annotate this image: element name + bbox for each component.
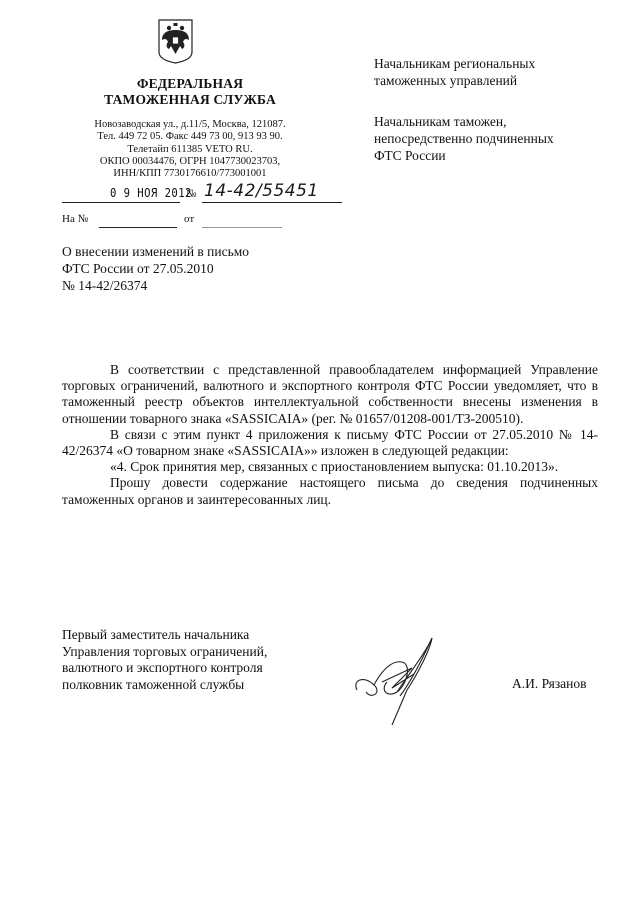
reply-from-label: от — [184, 213, 194, 225]
body-paragraph: Прошу довести содержание настоящего пись… — [62, 475, 598, 507]
signer-title-line: Первый заместитель начальника — [62, 627, 322, 644]
organization-contacts: Новозаводская ул., д.11/5, Москва, 12108… — [60, 119, 320, 180]
org-name-line2: ТАМОЖЕННАЯ СЛУЖБА — [60, 92, 320, 108]
body-paragraph: В связи с этим пункт 4 приложения к пись… — [62, 427, 598, 459]
reply-to-label: На № — [62, 213, 88, 225]
body-paragraph-quote: «4. Срок принятия мер, связанных с приос… — [62, 459, 598, 475]
letter-subject: О внесении изменений в письмо ФТС России… — [62, 243, 322, 294]
phone-fax-line: Тел. 449 72 05. Факс 449 73 00, 913 93 9… — [60, 131, 320, 143]
org-name-line1: ФЕДЕРАЛЬНАЯ — [60, 76, 320, 92]
organization-name: ФЕДЕРАЛЬНАЯ ТАМОЖЕННАЯ СЛУЖБА — [60, 76, 320, 108]
registration-date: 0 9 НОЯ 2012 — [110, 185, 192, 200]
letter-body: В соответствии с представленной правообл… — [62, 362, 598, 508]
reply-number-blank — [99, 227, 177, 228]
okpo-ogrn-line: ОКПО 00034476, ОГРН 1047730023703, — [60, 156, 320, 168]
reply-reference-line: На № от — [62, 213, 302, 231]
body-paragraph: В соответствии с представленной правообл… — [62, 362, 598, 427]
signer-title-line: полковник таможенной службы — [62, 677, 322, 694]
number-underline — [202, 202, 342, 203]
reply-date-blank — [202, 227, 282, 228]
addressee-line: Начальникам таможен, — [374, 113, 614, 130]
handwritten-signature-icon — [352, 630, 462, 730]
date-underline — [62, 202, 180, 203]
subject-line: ФТС России от 27.05.2010 — [62, 260, 322, 277]
addressee-line: Начальникам региональных — [374, 55, 614, 72]
signer-title-line: валютного и экспортного контроля — [62, 660, 322, 677]
addressee-line: ФТС России — [374, 147, 614, 164]
addressee-customs: Начальникам таможен, непосредственно под… — [374, 113, 614, 164]
coat-of-arms-icon — [157, 18, 194, 64]
registration-line: 0 9 НОЯ 2012 № 14-42/55451 — [62, 185, 347, 205]
addressee-line: непосредственно подчиненных — [374, 130, 614, 147]
subject-line: О внесении изменений в письмо — [62, 243, 322, 260]
number-label: № — [186, 188, 197, 200]
addressee-line: таможенных управлений — [374, 72, 614, 89]
inn-kpp-line: ИНН/КПП 7730176610/773001001 — [60, 168, 320, 180]
signer-position: Первый заместитель начальника Управления… — [62, 627, 322, 693]
teletype-line: Телетайп 611385 VETO RU. — [60, 144, 320, 156]
signer-name: А.И. Рязанов — [512, 676, 587, 692]
addressee-regional: Начальникам региональных таможенных упра… — [374, 55, 614, 89]
subject-line: № 14-42/26374 — [62, 277, 322, 294]
registration-number: 14-42/55451 — [204, 181, 319, 201]
address-line: Новозаводская ул., д.11/5, Москва, 12108… — [60, 119, 320, 131]
signer-title-line: Управления торговых ограничений, — [62, 644, 322, 661]
